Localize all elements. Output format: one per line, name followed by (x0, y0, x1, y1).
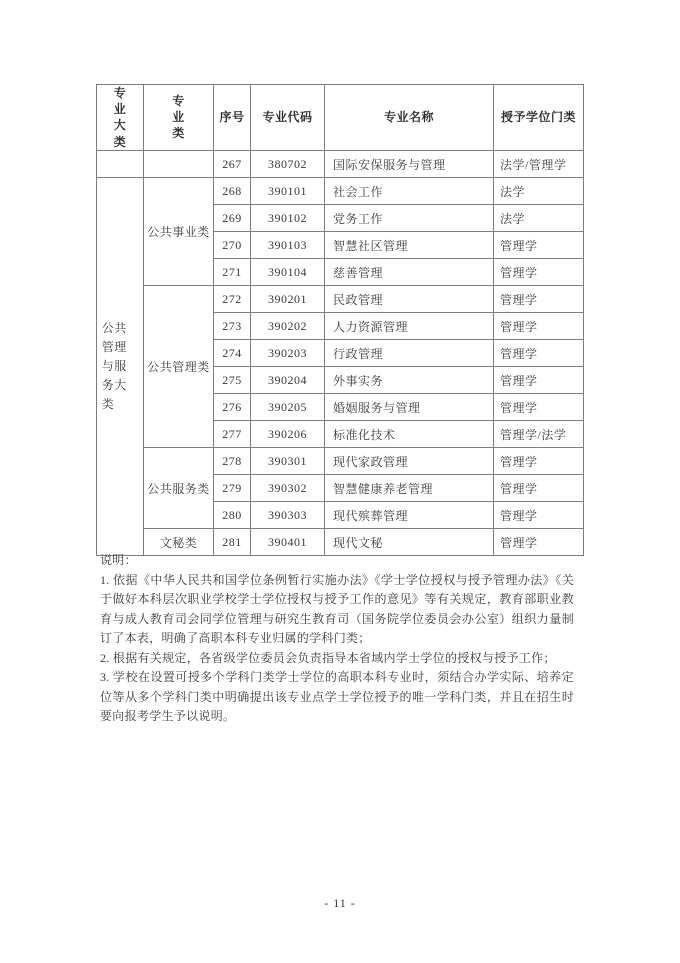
page-number: - 11 - (0, 896, 680, 911)
table-header-row: 专业大类 专业类 序号 专业代码 专业名称 授予学位门类 (97, 85, 584, 151)
cell-name: 外事实务 (325, 367, 494, 394)
table-row: 公共管理与服务大类 公共事业类 268 390101 社会工作 法学 (97, 178, 584, 205)
col-header-sub-category-label: 专业类 (167, 93, 191, 142)
cell-no: 268 (214, 178, 251, 205)
cell-degree: 管理学 (494, 286, 584, 313)
cell-degree: 管理学 (494, 502, 584, 529)
col-header-no: 序号 (214, 85, 251, 151)
document-page: 专业大类 专业类 序号 专业代码 专业名称 授予学位门类 267 380702 … (0, 0, 680, 963)
cell-code: 390102 (251, 205, 325, 232)
note-item-2: 2. 根据有关规定，各省级学位委员会负责指导本省域内学士学位的授权与授予工作； (100, 649, 574, 669)
cell-code: 390206 (251, 421, 325, 448)
cell-no: 267 (214, 151, 251, 178)
cell-no: 271 (214, 259, 251, 286)
cell-degree: 法学/管理学 (494, 151, 584, 178)
cell-code: 390205 (251, 394, 325, 421)
cell-sub-category-empty (144, 151, 214, 178)
cell-name: 现代殡葬管理 (325, 502, 494, 529)
table-row: 267 380702 国际安保服务与管理 法学/管理学 (97, 151, 584, 178)
cell-code: 390201 (251, 286, 325, 313)
cell-degree: 管理学 (494, 394, 584, 421)
cell-name: 国际安保服务与管理 (325, 151, 494, 178)
cell-no: 272 (214, 286, 251, 313)
cell-no: 278 (214, 448, 251, 475)
cell-name: 民政管理 (325, 286, 494, 313)
cell-sub-category: 公共管理类 (144, 286, 214, 448)
col-header-big-category-label: 专业大类 (108, 85, 132, 150)
cell-degree: 管理学 (494, 313, 584, 340)
cell-code: 390203 (251, 340, 325, 367)
cell-degree: 管理学 (494, 448, 584, 475)
cell-name: 智慧社区管理 (325, 232, 494, 259)
cell-code: 390101 (251, 178, 325, 205)
cell-code: 390303 (251, 502, 325, 529)
notes-title: 说明： (100, 551, 574, 571)
big-category-label: 公共管理与服务大类 (102, 319, 139, 415)
cell-no: 273 (214, 313, 251, 340)
cell-code: 390204 (251, 367, 325, 394)
cell-sub-category: 公共服务类 (144, 448, 214, 529)
cell-code: 390302 (251, 475, 325, 502)
cell-no: 269 (214, 205, 251, 232)
cell-code: 390103 (251, 232, 325, 259)
col-header-name: 专业名称 (325, 85, 494, 151)
note-item-3: 3. 学校在设置可授多个学科门类学士学位的高职本科专业时，须结合办学实际、培养定… (100, 668, 574, 727)
degree-majors-table: 专业大类 专业类 序号 专业代码 专业名称 授予学位门类 267 380702 … (96, 84, 584, 556)
cell-no: 274 (214, 340, 251, 367)
cell-degree: 管理学 (494, 232, 584, 259)
cell-degree: 管理学 (494, 340, 584, 367)
table-row: 公共管理类 272 390201 民政管理 管理学 (97, 286, 584, 313)
cell-name: 现代家政管理 (325, 448, 494, 475)
cell-no: 276 (214, 394, 251, 421)
cell-no: 280 (214, 502, 251, 529)
cell-name: 人力资源管理 (325, 313, 494, 340)
col-header-code: 专业代码 (251, 85, 325, 151)
notes-section: 说明： 1. 依据《中华人民共和国学位条例暂行实施办法》《学士学位授权与授予管理… (100, 551, 574, 727)
cell-degree: 管理学/法学 (494, 421, 584, 448)
cell-name: 慈善管理 (325, 259, 494, 286)
cell-code: 390202 (251, 313, 325, 340)
cell-sub-category: 公共事业类 (144, 178, 214, 286)
cell-code: 390104 (251, 259, 325, 286)
cell-degree: 法学 (494, 178, 584, 205)
cell-name: 行政管理 (325, 340, 494, 367)
table-row: 公共服务类 278 390301 现代家政管理 管理学 (97, 448, 584, 475)
cell-big-category: 公共管理与服务大类 (97, 178, 144, 556)
cell-code: 390301 (251, 448, 325, 475)
col-header-big-category: 专业大类 (97, 85, 144, 151)
cell-no: 270 (214, 232, 251, 259)
note-item-1: 1. 依据《中华人民共和国学位条例暂行实施办法》《学士学位授权与授予管理办法》《… (100, 571, 574, 649)
cell-no: 275 (214, 367, 251, 394)
cell-degree: 管理学 (494, 259, 584, 286)
cell-big-category-empty (97, 151, 144, 178)
cell-name: 标准化技术 (325, 421, 494, 448)
cell-name: 婚姻服务与管理 (325, 394, 494, 421)
cell-code: 380702 (251, 151, 325, 178)
cell-name: 社会工作 (325, 178, 494, 205)
cell-name: 党务工作 (325, 205, 494, 232)
cell-no: 277 (214, 421, 251, 448)
col-header-degree: 授予学位门类 (494, 85, 584, 151)
cell-degree: 法学 (494, 205, 584, 232)
cell-degree: 管理学 (494, 475, 584, 502)
cell-name: 智慧健康养老管理 (325, 475, 494, 502)
col-header-sub-category: 专业类 (144, 85, 214, 151)
cell-degree: 管理学 (494, 367, 584, 394)
cell-no: 279 (214, 475, 251, 502)
